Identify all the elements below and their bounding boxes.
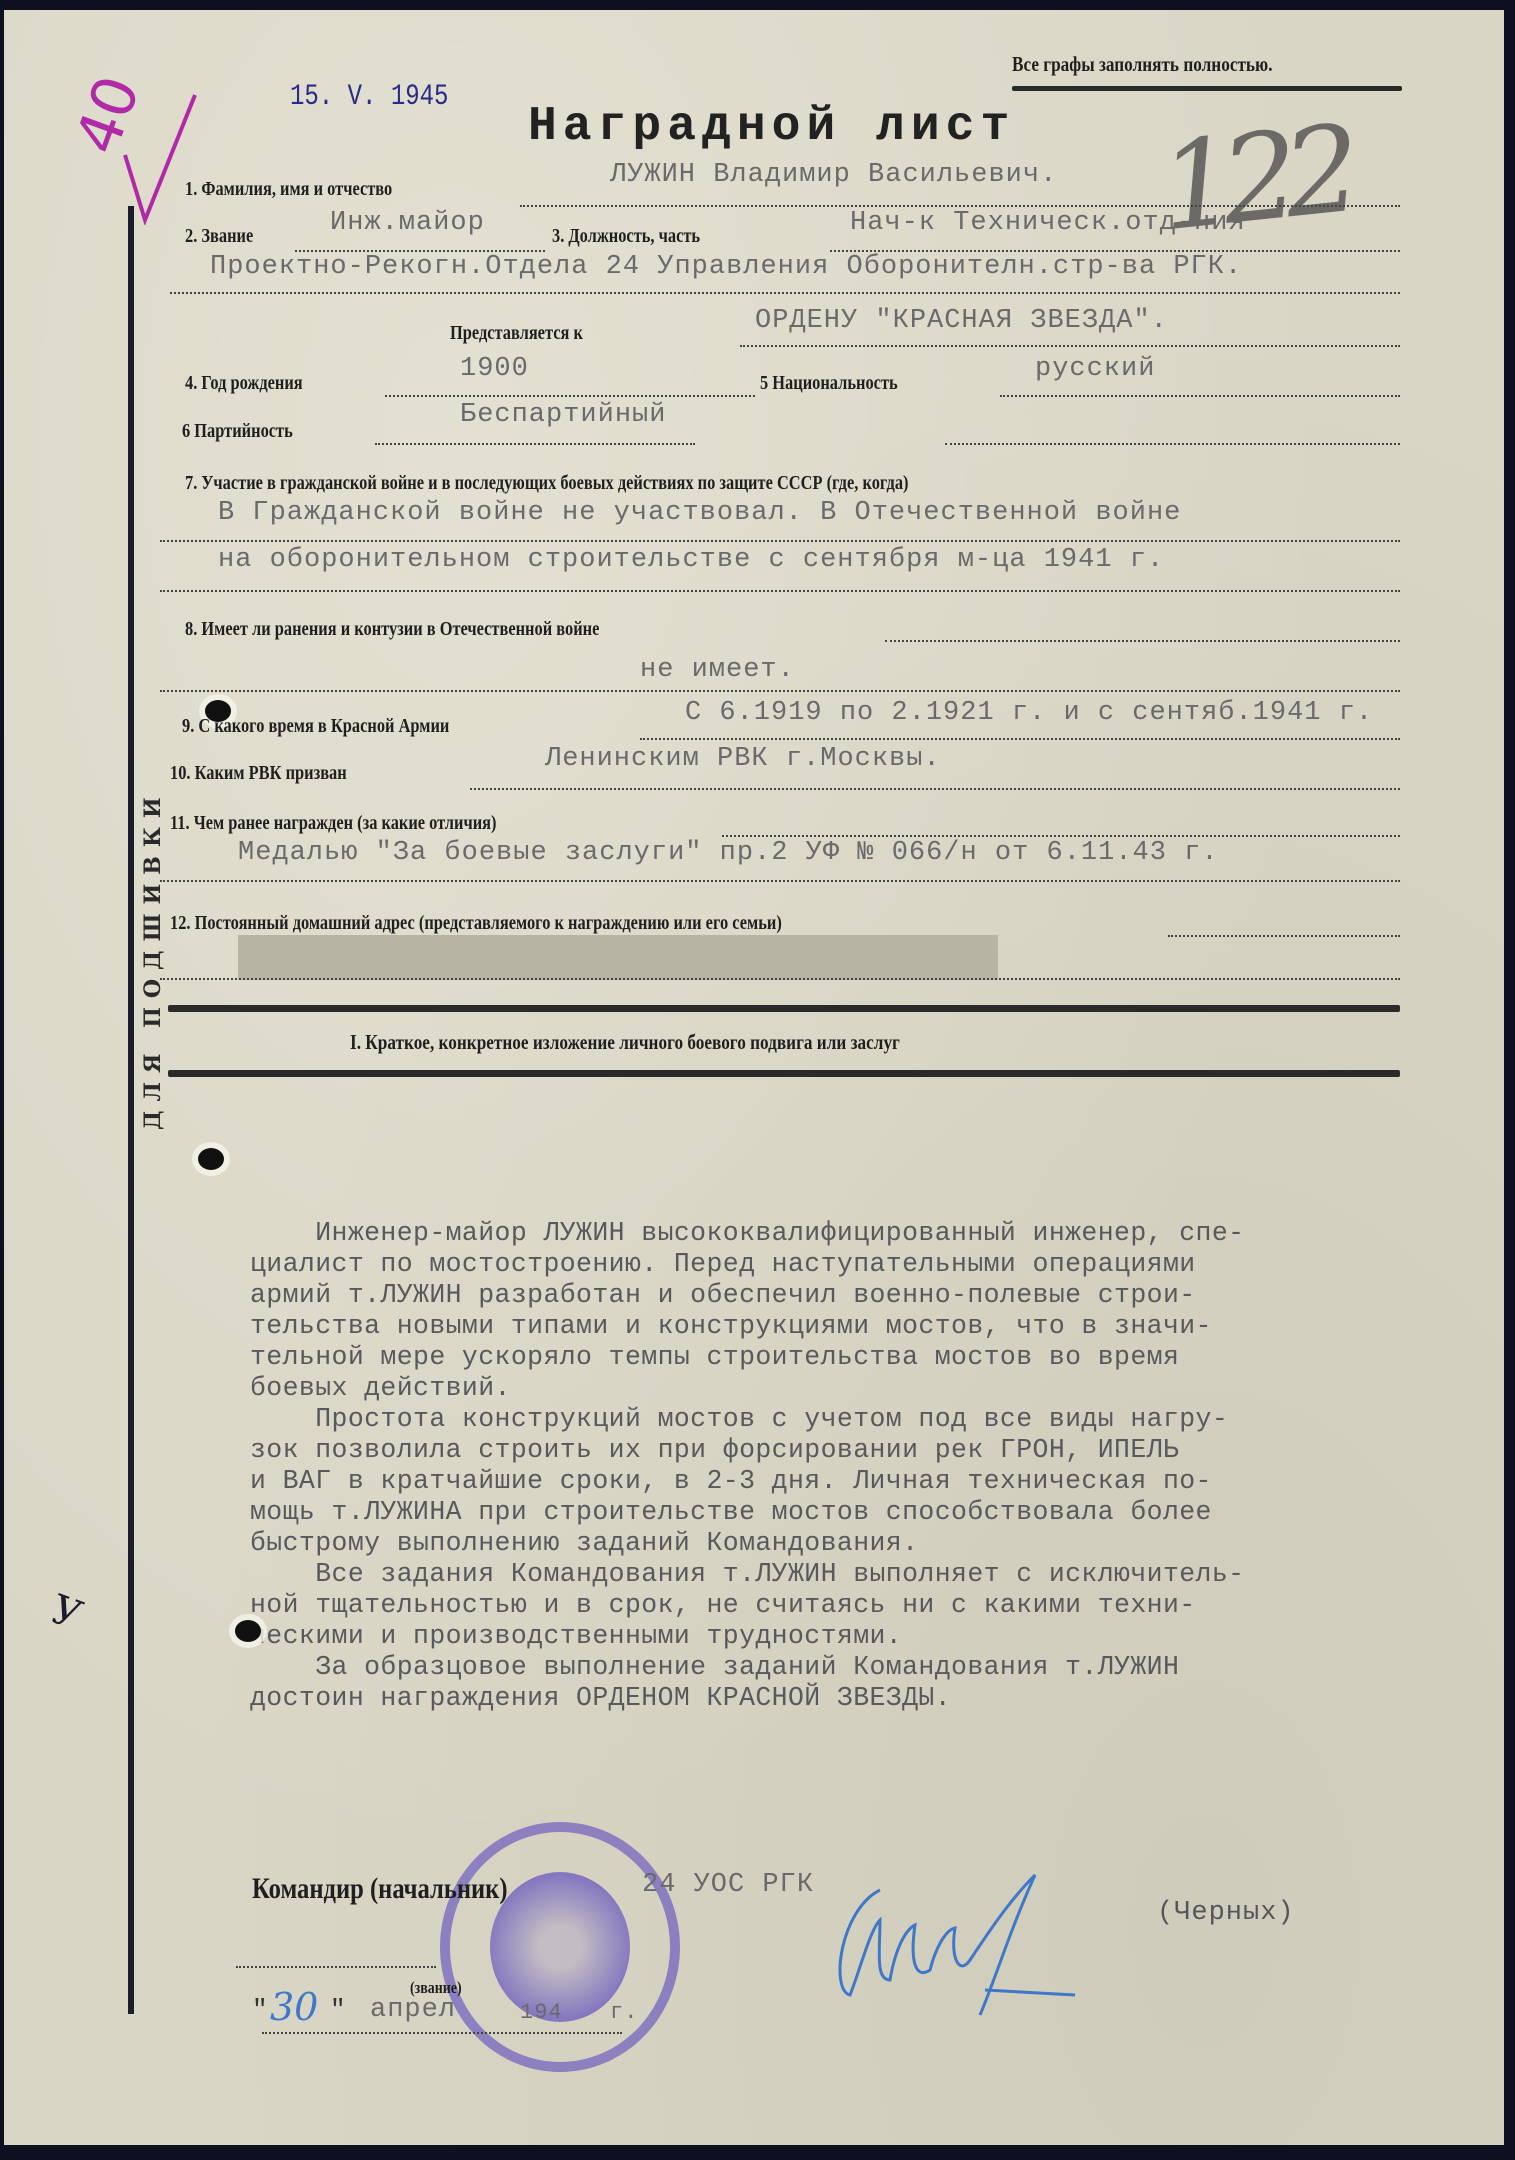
merit-line: тельства новыми типами и конструкциями м… bbox=[250, 1311, 1244, 1342]
field-7-value-1: В Гражданской войне не участвовал. В Оте… bbox=[218, 498, 1181, 528]
merit-line: ческими и производственными трудностями. bbox=[250, 1621, 1244, 1652]
field-8-line bbox=[885, 640, 1400, 642]
merit-line: и ВАГ в кратчайшие сроки, в 2-3 дня. Лич… bbox=[250, 1466, 1244, 1497]
date-suffix: г. bbox=[610, 2000, 638, 2025]
field-7-label: 7. Участие в гражданской войне и в после… bbox=[185, 472, 908, 495]
field-7-line-2 bbox=[160, 590, 1400, 592]
field-11-line-2 bbox=[160, 880, 1400, 882]
field-1-value: ЛУЖИН Владимир Васильевич. bbox=[610, 160, 1057, 190]
merit-line: циалист по мостостроению. Перед наступат… bbox=[250, 1249, 1244, 1280]
header-note: Все графы заполнять полностью. bbox=[1012, 52, 1273, 77]
merit-line: армий т.ЛУЖИН разработан и обеспечил вое… bbox=[250, 1280, 1244, 1311]
merit-line: ной тщательностью и в срок, не считаясь … bbox=[250, 1590, 1244, 1621]
merit-line: тельной мере ускоряло темпы строительств… bbox=[250, 1342, 1244, 1373]
field-6-line-2 bbox=[945, 443, 1400, 445]
field-2-label: 2. Звание bbox=[185, 225, 253, 248]
merit-line: достоин награждения ОРДЕНОМ КРАСНОЙ ЗВЕЗ… bbox=[250, 1683, 1244, 1714]
field-12-label: 12. Постоянный домашний адрес (представл… bbox=[170, 912, 782, 935]
field-9-value: С 6.1919 по 2.1921 г. и с сентяб.1941 г. bbox=[685, 698, 1373, 728]
pencil-checkmark-icon bbox=[100, 75, 220, 225]
merit-line: мощь т.ЛУЖИНА при строительстве мостов с… bbox=[250, 1497, 1244, 1528]
field-1-line bbox=[520, 205, 1400, 207]
page-title: Наградной лист bbox=[528, 100, 1015, 154]
date-line bbox=[262, 2032, 622, 2034]
field-6-label: 6 Партийность bbox=[182, 420, 293, 443]
field-11-line bbox=[722, 835, 1400, 837]
field-5-line bbox=[1000, 395, 1400, 397]
field-3-value-continued: Проектно-Рекогн.Отдела 24 Управления Обо… bbox=[210, 252, 1242, 282]
field-8-line-2 bbox=[160, 690, 1400, 692]
redacted-address bbox=[238, 935, 998, 980]
field-11-label: 11. Чем ранее награжден (за какие отличи… bbox=[170, 812, 496, 835]
date-day: 30 bbox=[270, 1985, 318, 2029]
presented-line bbox=[740, 345, 1400, 347]
receipt-date-stamp: 15. V. 1945 bbox=[290, 80, 448, 114]
section-rule-bottom bbox=[168, 1070, 1400, 1077]
section-heading: I. Краткое, конкретное изложение личного… bbox=[350, 1030, 900, 1055]
punch-hole bbox=[235, 1620, 261, 1642]
presented-label: Представляется к bbox=[450, 322, 583, 345]
field-8-label: 8. Имеет ли ранения и контузии в Отечест… bbox=[185, 618, 599, 641]
field-4-line bbox=[385, 395, 755, 397]
merit-line: За образцовое выполнение заданий Командо… bbox=[250, 1652, 1244, 1683]
field-9-label: 9. С какого время в Красной Армии bbox=[182, 715, 449, 738]
official-seal bbox=[440, 1822, 680, 2072]
date-year: 194 bbox=[520, 2000, 563, 2025]
field-3-line-2 bbox=[170, 292, 1400, 294]
rank-line bbox=[236, 1966, 436, 1968]
commander-unit: 24 УОС РГК bbox=[642, 1870, 814, 1900]
field-3-value: Нач-к Техническ.отд-ния bbox=[850, 208, 1246, 238]
field-6-value: Беспартийный bbox=[460, 400, 666, 430]
field-11-value: Медалью "За боевые заслуги" пр.2 УФ № 06… bbox=[238, 838, 1219, 868]
field-1-label: 1. Фамилия, имя и отчество bbox=[185, 178, 392, 201]
signature-icon bbox=[820, 1870, 1090, 2020]
field-9-line bbox=[640, 738, 1400, 740]
punch-hole bbox=[198, 1148, 224, 1170]
field-4-value: 1900 bbox=[460, 354, 529, 384]
field-10-value: Ленинским РВК г.Москвы. bbox=[545, 744, 941, 774]
merit-line: быстрому выполнению заданий Командования… bbox=[250, 1528, 1244, 1559]
field-8-value: не имеет. bbox=[640, 655, 795, 685]
merit-line: Все задания Командования т.ЛУЖИН выполня… bbox=[250, 1559, 1244, 1590]
field-5-label: 5 Национальность bbox=[760, 372, 898, 395]
field-7-value-2: на оборонительном строительстве с сентяб… bbox=[218, 545, 1164, 575]
merit-line: Простота конструкций мостов с учетом под… bbox=[250, 1404, 1244, 1435]
signer-name: (Черных) bbox=[1157, 1898, 1295, 1928]
binding-line bbox=[128, 206, 134, 2014]
merit-line: зок позволила строить их при форсировани… bbox=[250, 1435, 1244, 1466]
header-underline bbox=[1012, 86, 1402, 91]
date-quote-close: " bbox=[330, 1995, 346, 2025]
merit-line: Инженер-майор ЛУЖИН высококвалифицирован… bbox=[250, 1218, 1244, 1249]
award-sheet-paper bbox=[4, 10, 1504, 2145]
field-7-line-1 bbox=[160, 540, 1400, 542]
field-3-label: 3. Должность, часть bbox=[552, 225, 700, 248]
field-5-value: русский bbox=[1035, 354, 1155, 384]
field-10-label: 10. Каким РВК призван bbox=[170, 762, 347, 785]
field-2-value: Инж.майор bbox=[330, 208, 485, 238]
field-12-line-2 bbox=[160, 978, 1400, 980]
field-4-label: 4. Год рождения bbox=[185, 372, 303, 395]
field-10-line bbox=[470, 788, 1400, 790]
presented-value: ОРДЕНУ "КРАСНАЯ ЗВЕЗДА". bbox=[755, 306, 1168, 336]
commander-label: Командир (начальник) bbox=[252, 1872, 508, 1906]
field-12-line bbox=[1168, 935, 1400, 937]
merit-line: боевых действий. bbox=[250, 1373, 1244, 1404]
binding-label: ДЛЯ ПОДШИВКИ bbox=[140, 788, 166, 1130]
merit-description: Инженер-майор ЛУЖИН высококвалифицирован… bbox=[250, 1218, 1244, 1714]
date-quote-open: " bbox=[252, 1995, 268, 2025]
section-rule-top bbox=[168, 1005, 1400, 1012]
field-6-line bbox=[375, 443, 695, 445]
date-month: апрел bbox=[370, 1995, 456, 2025]
